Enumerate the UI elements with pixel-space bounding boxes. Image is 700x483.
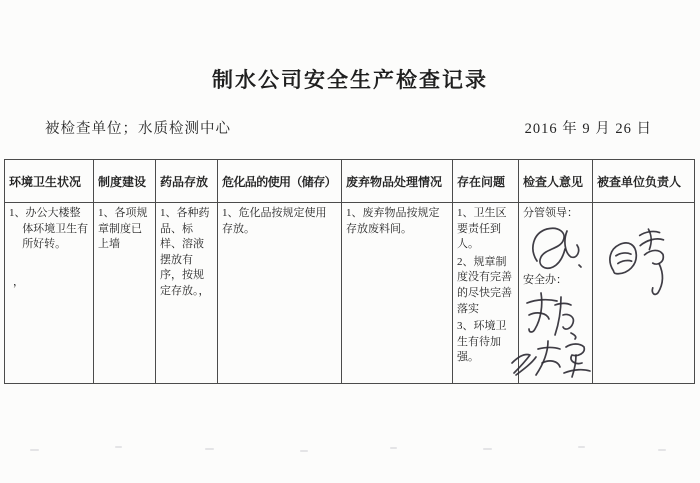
safety-office-label: 安全办： xyxy=(523,273,567,289)
environment-text: 1、办公大楼整体环境卫生有所好转。 xyxy=(9,206,89,253)
col-header-problems: 存在问题 xyxy=(453,160,519,203)
col-header-environment: 环境卫生状况 xyxy=(5,160,94,203)
inspected-unit-label: 被检查单位；水质检测中心 xyxy=(45,117,231,138)
col-header-inspector-opinion: 检查人意见 xyxy=(519,160,593,203)
leader-label: 分管领导： xyxy=(523,206,588,222)
cell-unit-representative xyxy=(593,203,695,384)
table-row: 1、办公大楼整体环境卫生有所好转。 ， 1、各项规章制度已上墙 1、各种药品、标… xyxy=(5,203,695,384)
cell-inspector-opinion: 分管领导： 安全办： xyxy=(519,203,593,384)
col-header-unit-representative: 被查单位负责人 xyxy=(593,160,695,203)
scan-artifact xyxy=(578,446,585,448)
cell-medicine-storage: 1、各种药品、标样、溶液摆放有序，按规定存放。， xyxy=(156,203,218,384)
header-row: 环境卫生状况 制度建设 药品存放 危化品的使用（储存） 废弃物品处理情况 存在问… xyxy=(5,160,695,203)
cell-institution: 1、各项规章制度已上墙 xyxy=(94,203,156,384)
medicine-text: 1、各种药品、标样、溶液摆放有序，按规定存放。， xyxy=(160,206,213,300)
scanned-document-page: 制水公司安全生产检查记录 被检查单位；水质检测中心 2016 年 9 月 26 … xyxy=(0,0,700,483)
cell-hazmat-use: 1、危化品按规定使用存放。 xyxy=(218,203,342,384)
institution-text: 1、各项规章制度已上墙 xyxy=(98,206,151,253)
inspection-table: 环境卫生状况 制度建设 药品存放 危化品的使用（储存） 废弃物品处理情况 存在问… xyxy=(4,159,695,384)
handwritten-signature-unit-representative xyxy=(593,221,681,310)
document-title: 制水公司安全生产检查记录 xyxy=(0,64,700,94)
inspection-date: 2016 年 9 月 26 日 xyxy=(525,117,652,138)
handwritten-signature-safety-office-2 xyxy=(506,335,594,383)
scan-artifact xyxy=(300,450,308,452)
col-header-hazmat-use: 危化品的使用（储存） xyxy=(218,160,342,203)
scan-artifact xyxy=(658,449,666,451)
waste-text: 1、废弃物品按规定存放废料间。 xyxy=(346,206,448,237)
problem-item-2: 2、规章制度没有完善的尽快完善落实 xyxy=(457,255,514,317)
col-header-institution: 制度建设 xyxy=(94,160,156,203)
hazmat-text: 1、危化品按规定使用存放。 xyxy=(222,206,337,237)
cell-waste-handling: 1、废弃物品按规定存放废料间。 xyxy=(342,203,453,384)
stray-comma-mark: ， xyxy=(9,275,89,291)
scan-artifact xyxy=(483,448,492,450)
problem-item-1: 1、卫生区要责任到人。 xyxy=(457,206,514,253)
scan-artifact xyxy=(390,447,397,449)
scan-artifact xyxy=(30,449,39,451)
scan-artifact xyxy=(205,448,214,450)
cell-environment: 1、办公大楼整体环境卫生有所好转。 ， xyxy=(5,203,94,384)
col-header-medicine-storage: 药品存放 xyxy=(156,160,218,203)
col-header-waste-handling: 废弃物品处理情况 xyxy=(342,160,453,203)
scan-artifact xyxy=(115,446,122,448)
